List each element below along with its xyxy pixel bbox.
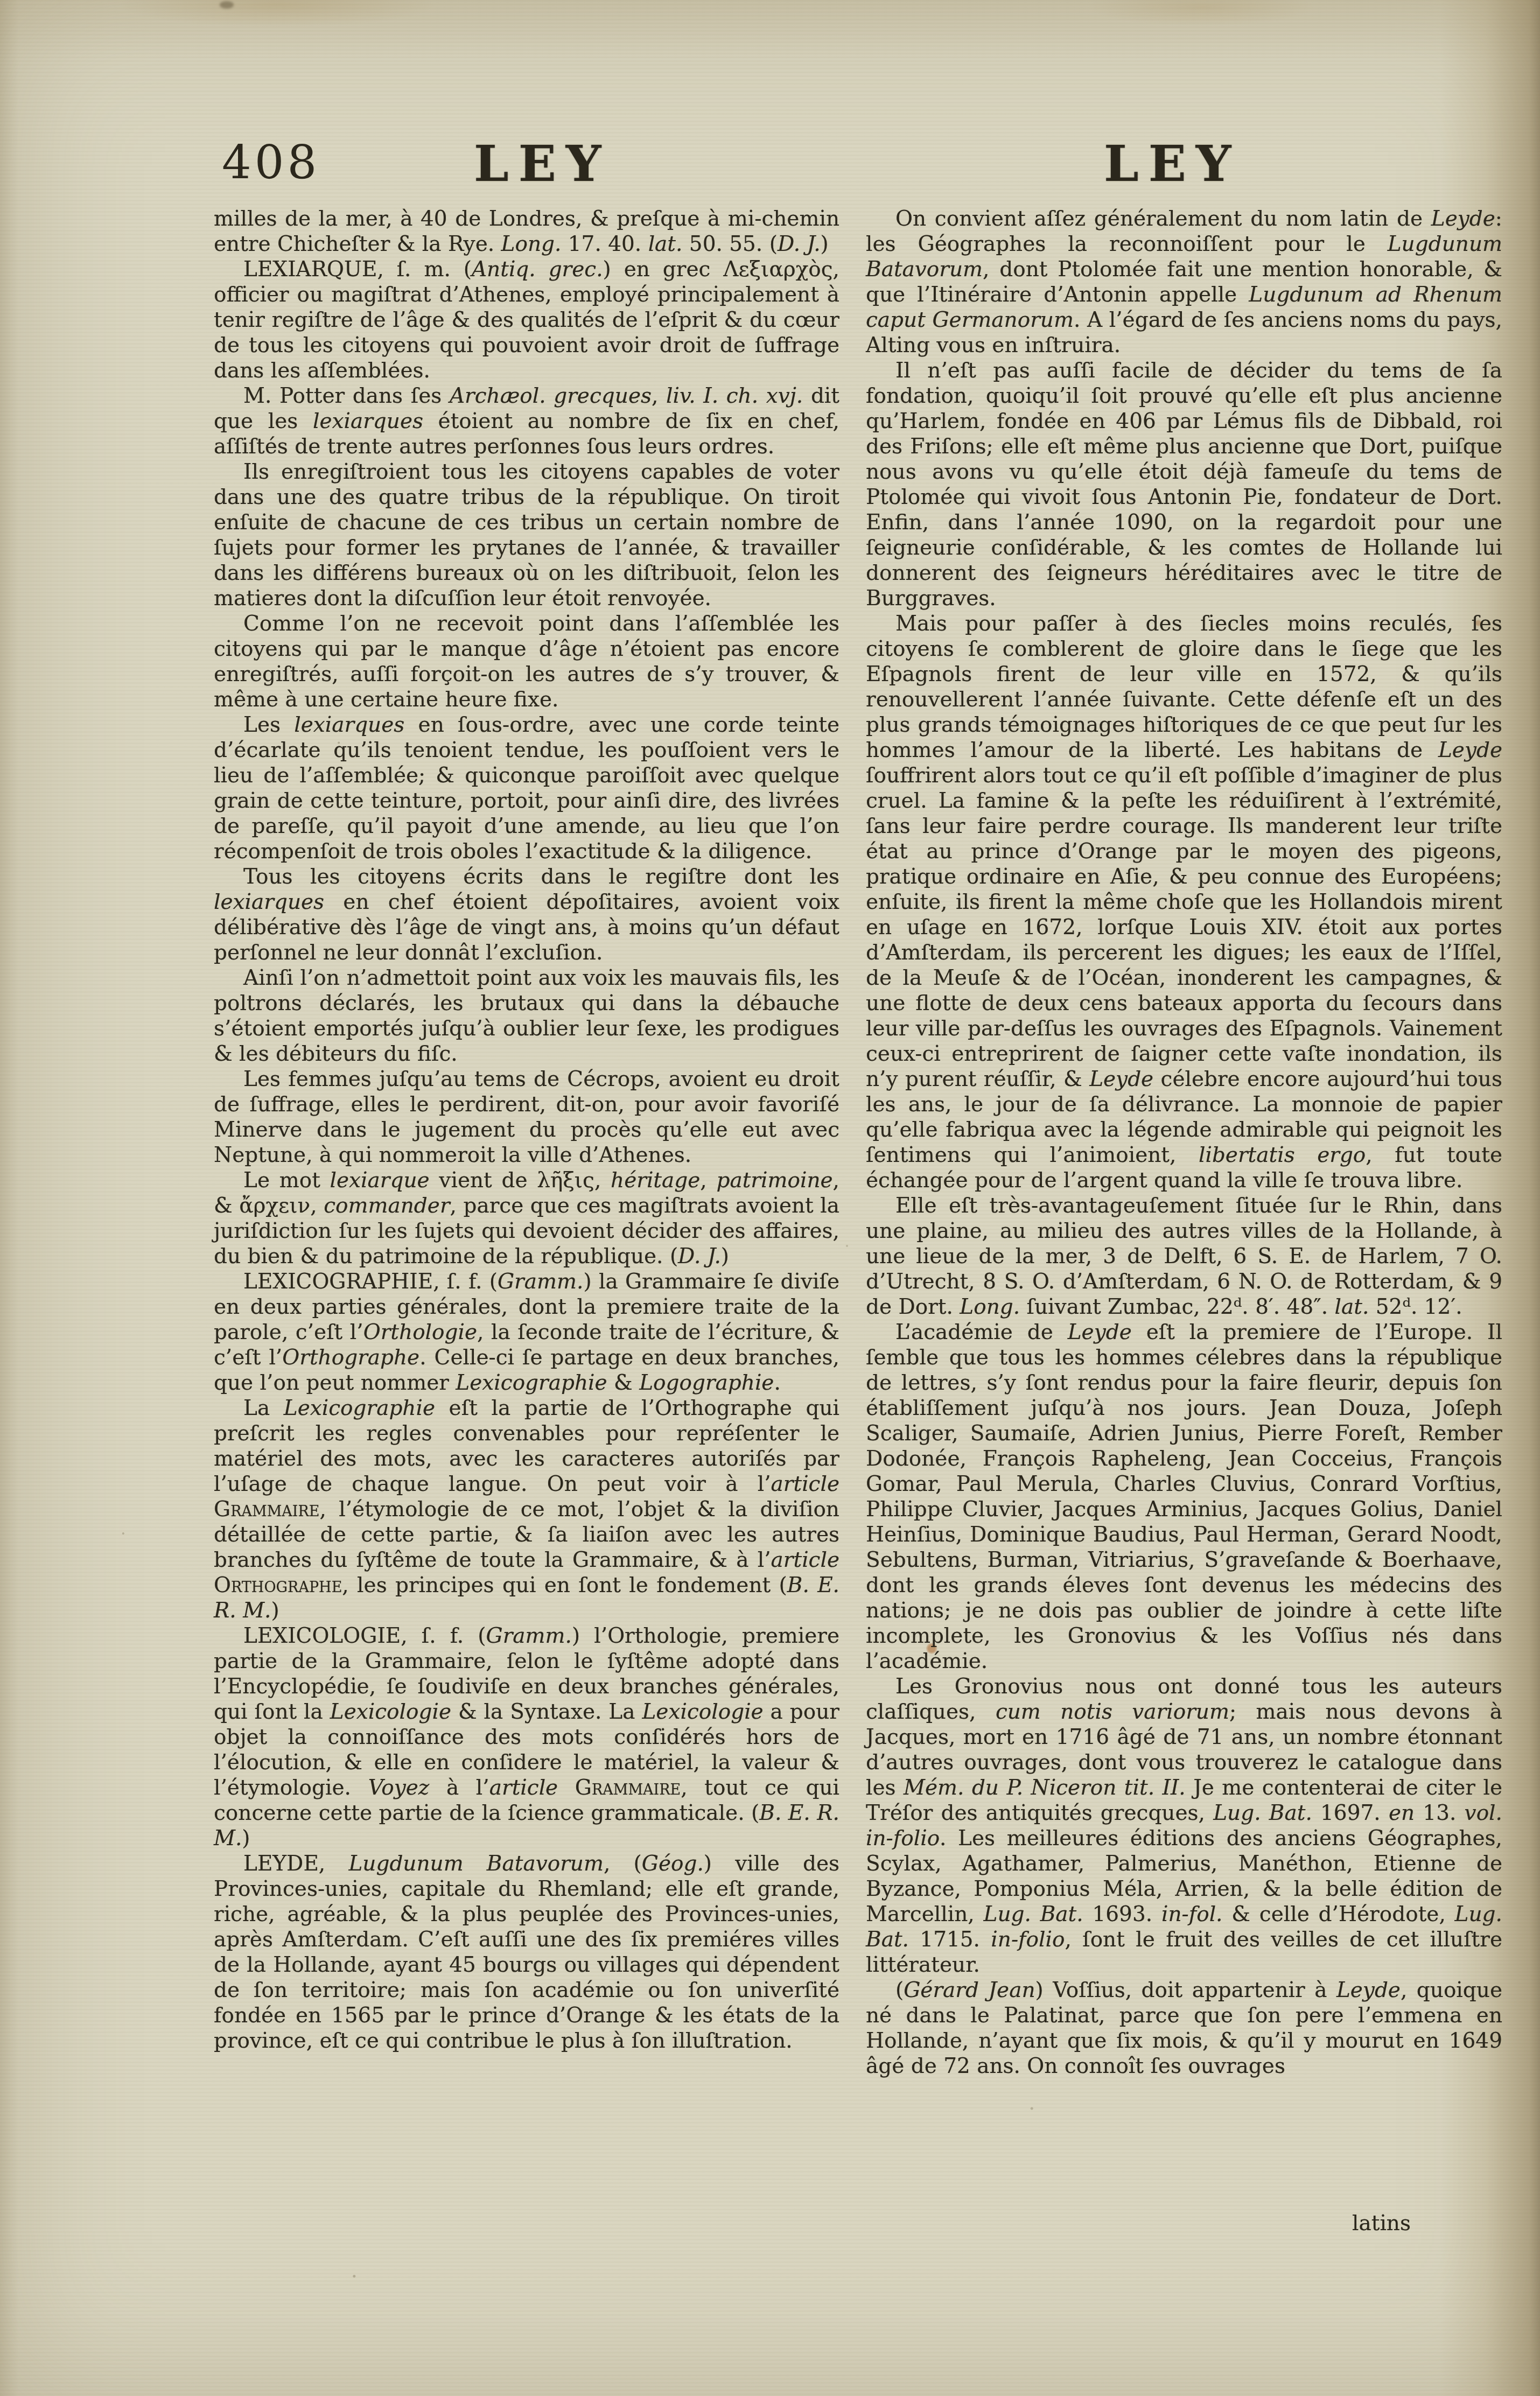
paragraph: LEXICOLOGIE, ſ. f. (Gramm.) l’Orthologie… [214,1623,839,1851]
page-number: 408 [222,136,320,190]
paragraph: Elle eſt très-avantageuſement ſituée ſur… [866,1193,1502,1320]
paragraph: Ils enregiſtroient tous les citoyens cap… [214,459,839,611]
paragraph: La Lexicographie eſt la partie de l’Orth… [214,1396,839,1623]
paragraph: L’académie de Leyde eſt la premiere de l… [866,1320,1502,1674]
running-head-right: LEY [1104,135,1241,193]
paragraph: Ainſi l’on n’admettoit point aux voix le… [214,965,839,1067]
paragraph: On convient aſſez généralement du nom la… [866,206,1502,358]
paragraph: Il n’eſt pas auſſi facile de décider du … [866,358,1502,611]
running-head-left: LEY [474,135,611,193]
paragraph: Les femmes juſqu’au tems de Cécrops, avo… [214,1067,839,1168]
paragraph: LEYDE, Lugdunum Batavorum, (Géog.) ville… [214,1851,839,2054]
paragraph: Mais pour paſſer à des ſiecles moins rec… [866,611,1502,1193]
paragraph: LEXIARQUE, ſ. m. (Antiq. grec.) en grec … [214,257,839,383]
paragraph: Comme l’on ne recevoit point dans l’aſſe… [214,611,839,712]
paragraph: Les lexiarques en ſous-ordre, avec une c… [214,712,839,864]
paragraph: milles de la mer, à 40 de Londres, & pre… [214,206,839,257]
paragraph: Le mot lexiarque vient de λῆξις, héritag… [214,1168,839,1269]
paragraph: Les Gronovius nous ont donné tous les au… [866,1674,1502,1978]
encyclopedia-page: 408 LEY LEY milles de la mer, à 40 de Lo… [0,0,1540,2396]
text-column-right: On convient aſſez généralement du nom la… [866,206,1502,2079]
ink-speck [220,1,234,9]
paragraph: LEXICOGRAPHIE, ſ. f. (Gramm.) la Grammai… [214,1269,839,1396]
text-column-left: milles de la mer, à 40 de Londres, & pre… [214,206,839,2054]
catchword: latins [1255,2211,1411,2236]
paragraph: (Gérard Jean) Voſſius, doit appartenir à… [866,1978,1502,2079]
paragraph: Tous les citoyens écrits dans le regiſtr… [214,864,839,965]
paragraph: M. Potter dans ſes Archæol. grecques, li… [214,383,839,459]
